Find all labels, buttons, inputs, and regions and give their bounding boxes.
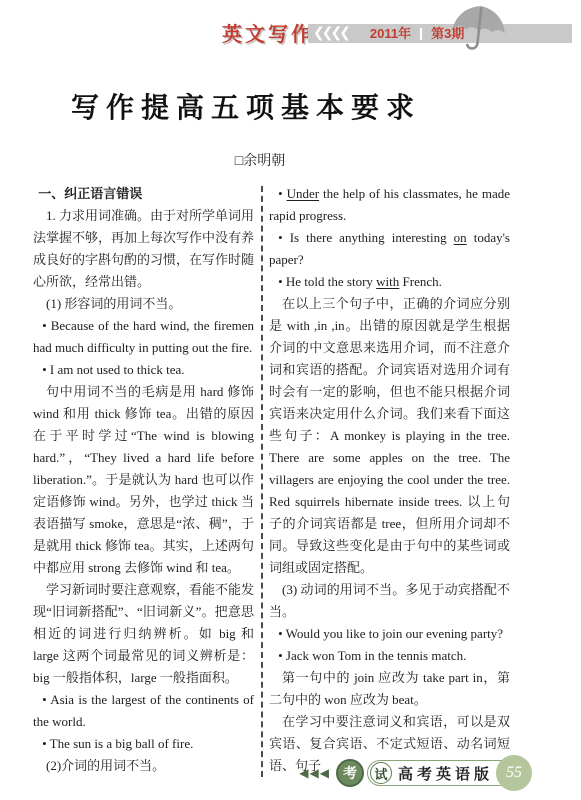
footer-brand: 高考英语版	[398, 763, 493, 784]
header-year: 2011年	[370, 24, 411, 43]
chevrons-icon: ❮❮❮❮	[313, 24, 348, 43]
umbrella-icon	[447, 0, 510, 58]
paragraph: 1. 力求用词准确。由于对所学单词用法掌握不够，再加上每次写作中没有养成良好的字…	[33, 205, 254, 293]
example-sentence: • Is there anything interesting on today…	[269, 227, 510, 271]
header-bar: ❮❮❮❮ 2011年 第3期	[308, 24, 572, 43]
magazine-section-label: 英文写作	[222, 18, 314, 47]
footer-badge-kao: 考	[336, 759, 364, 787]
left-column: 一、纠正语言错误1. 力求用词准确。由于对所学单词用法掌握不够，再加上每次写作中…	[33, 183, 254, 777]
magazine-page: 英文写作 ❮❮❮❮ 2011年 第3期 写作提高五项基本要求 □余明朝 一、纠正…	[0, 0, 581, 800]
header-separator	[420, 28, 422, 40]
example-sentence: • Under the help of his classmates, he m…	[269, 183, 510, 227]
right-column: • Under the help of his classmates, he m…	[269, 183, 510, 777]
footer-badge-shi: 试	[370, 762, 392, 784]
article-author: □余明朝	[0, 150, 520, 170]
example-sentence: • Jack won Tom in the tennis match.	[269, 645, 510, 667]
example-sentence: • I am not used to thick tea.	[33, 359, 254, 381]
paragraph: 第一句中的 join 应改为 take part in，第二句中的 won 应改…	[269, 667, 510, 711]
paragraph: (1) 形容词的用词不当。	[33, 293, 254, 315]
paragraph: (3) 动词的用词不当。多见于动宾搭配不当。	[269, 579, 510, 623]
article-title: 写作提高五项基本要求	[0, 86, 492, 126]
example-sentence: • The sun is a big ball of fire.	[33, 733, 254, 755]
paragraph: 在以上三个句子中，正确的介词应分别是 with ,in ,in。出错的原因就是学…	[269, 293, 510, 579]
article-body: 一、纠正语言错误1. 力求用词准确。由于对所学单词用法掌握不够，再加上每次写作中…	[33, 183, 510, 777]
footer-arrows-icon: ◀◀◀	[299, 766, 330, 780]
page-number: 55	[496, 755, 532, 791]
example-sentence: • Asia is the largest of the continents …	[33, 689, 254, 733]
example-sentence: • Would you like to join our evening par…	[269, 623, 510, 645]
paragraph: 学习新词时要注意观察，看能不能发现“旧词新搭配”、“旧词新义”。把意思相近的词进…	[33, 579, 254, 689]
paragraph: 句中用词不当的毛病是用 hard 修饰 wind 和用 thick 修饰 tea…	[33, 381, 254, 579]
column-divider	[261, 186, 263, 777]
section-heading: 一、纠正语言错误	[33, 183, 254, 205]
page-footer: ◀◀◀ 考 试 高考英语版 55	[0, 754, 532, 792]
example-sentence: • He told the story with French.	[269, 271, 510, 293]
example-sentence: • Because of the hard wind, the firemen …	[33, 315, 254, 359]
